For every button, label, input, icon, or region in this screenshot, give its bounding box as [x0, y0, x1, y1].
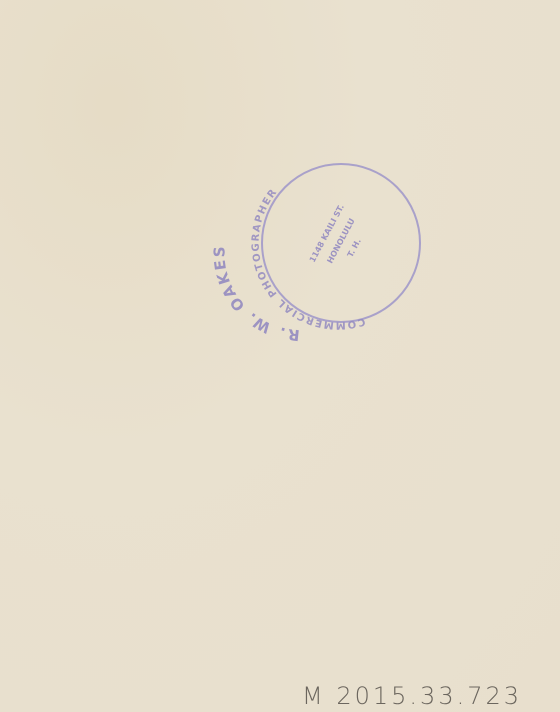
accession-number: M 2015.33.723: [302, 682, 522, 710]
stamp-territory: T. H.: [346, 237, 363, 259]
photographer-stamp: R. W. OAKES COMMERCIAL PHOTOGRAPHER 1148…: [0, 0, 560, 712]
